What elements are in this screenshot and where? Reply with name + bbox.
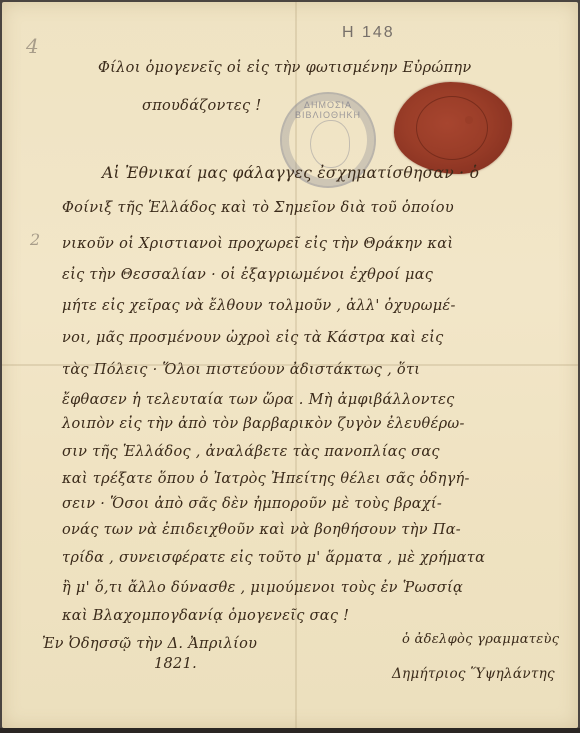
stamp-portrait-icon (310, 120, 350, 168)
text-line: λοιπὸν εἰς τὴν ἀπὸ τὸν βαρβαρικὸν ζυγὸν … (62, 416, 465, 432)
text-line: ονάς των νὰ ἐπιδειχθοῦν καὶ νὰ βοηθήσουν… (62, 522, 461, 538)
wax-seal (394, 82, 512, 174)
wax-drop (465, 116, 473, 124)
text-line: Φοίνιξ τῆς Ἑλλάδος καὶ τὸ Σημεῖον διὰ το… (62, 200, 454, 216)
text-line: καὶ τρέξατε ὅπου ὁ Ἰατρὸς Ἠπείτης θέλει … (62, 471, 470, 487)
stamp-text: ΔΗΜΟΣΙΑ ΒΙΒΛΙΟΘΗΚΗ (282, 100, 374, 120)
catalog-number: Η 148 (342, 24, 395, 42)
text-line: σιν τῆς Ἑλλάδος , ἀναλάβετε τὰς πανοπλία… (62, 444, 440, 460)
text-line: νικοῦν οἱ Χριστιανοὶ προχωρεῖ εἰς τὴν Θρ… (62, 236, 453, 252)
text-line: σπουδάζοντες ! (142, 98, 261, 114)
closing: ὁ ἀδελφὸς γραμματεὺς (402, 632, 559, 647)
document-page: 4 2 Η 148 ΔΗΜΟΣΙΑ ΒΙΒΛΙΟΘΗΚΗ Φίλοι ὁμογε… (2, 2, 578, 728)
dateline: Ἐν Ὀδησσῷ τὴν Δ. Ἀπριλίου (42, 636, 257, 652)
seal-emblem-icon (416, 96, 488, 160)
margin-mark: 4 (26, 34, 39, 58)
text-line: τρίδα , συνεισφέρατε εἰς τοῦτο μ' ἅρματα… (62, 550, 485, 566)
text-line: τὰς Πόλεις · Ὅλοι πιστεύουν ἀδιστάκτως ,… (62, 362, 420, 378)
margin-mark-2: 2 (30, 230, 40, 249)
text-line: Αἱ Ἐθνικαί μας φάλαγγες ἐσχηματίσθησαν ·… (102, 164, 479, 182)
text-line: εἰς τὴν Θεσσαλίαν · οἱ ἐξαγριωμένοι ἐχθρ… (62, 267, 433, 283)
text-line: νοι, μᾶς προσμένουν ὠχροὶ εἰς τὰ Κάστρα … (62, 330, 444, 346)
date-year: 1821. (154, 656, 197, 672)
text-line: ἢ μ' ὅ,τι ἄλλο δύνασθε , μιμούμενοι τοὺς… (62, 580, 463, 596)
text-line: μήτε εἰς χεῖρας νὰ ἔλθουν τολμοῦν , ἀλλ'… (62, 298, 456, 314)
text-line: ἔφθασεν ἡ τελευταία των ὥρα . Μὴ ἀμφιβάλ… (62, 392, 455, 408)
text-line: Φίλοι ὁμογενεῖς οἱ εἰς τὴν φωτισμένην Εὐ… (98, 60, 471, 76)
signature: Δημήτριος Ὕψηλάντης (392, 666, 555, 682)
text-line: καὶ Βλαχομπογδανίᾳ ὁμογενεῖς σας ! (62, 608, 349, 624)
text-line: σειν · Ὅσοι ἀπὸ σᾶς δὲν ἠμποροῦν μὲ τοὺς… (62, 496, 442, 512)
scan-edge (0, 728, 580, 733)
